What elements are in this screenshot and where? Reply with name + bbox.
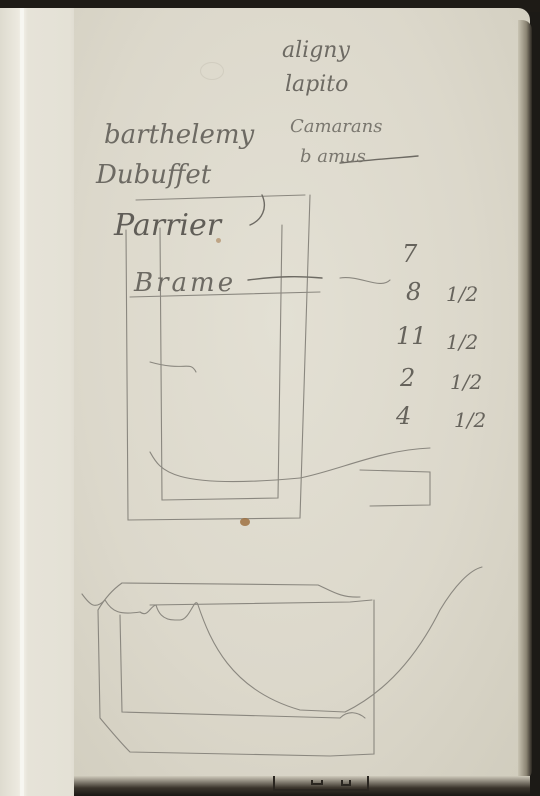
scanned-notebook-page: aligny lapito Camarans b amus barthelemy… bbox=[0, 0, 540, 796]
handwritten-name: Dubuffet bbox=[96, 160, 211, 190]
handwritten-number: 11 bbox=[396, 322, 427, 350]
foxing-stain bbox=[216, 238, 221, 243]
foxing-stain bbox=[240, 518, 250, 526]
handwritten-word: b amus bbox=[300, 146, 366, 167]
handwritten-word: Camarans bbox=[290, 116, 382, 137]
handwritten-fraction: 1/2 bbox=[450, 370, 482, 394]
handwritten-fraction: 1/2 bbox=[446, 282, 478, 306]
handwritten-name: barthelemy bbox=[104, 120, 254, 150]
handwritten-number: 2 bbox=[400, 364, 415, 392]
handwritten-word: lapito bbox=[285, 72, 348, 97]
handwritten-word: aligny bbox=[282, 38, 350, 63]
handwritten-name: Parrier bbox=[114, 208, 221, 243]
handwritten-number: 4 bbox=[396, 402, 411, 430]
handwritten-number: 7 bbox=[402, 240, 417, 268]
handwritten-fraction: 1/2 bbox=[454, 408, 486, 432]
handwritten-number: 8 bbox=[406, 278, 421, 306]
handwritten-name: Brame bbox=[134, 268, 236, 298]
pencil-sketches bbox=[0, 0, 540, 796]
library-stamp bbox=[272, 774, 370, 792]
handwritten-fraction: 1/2 bbox=[446, 330, 478, 354]
